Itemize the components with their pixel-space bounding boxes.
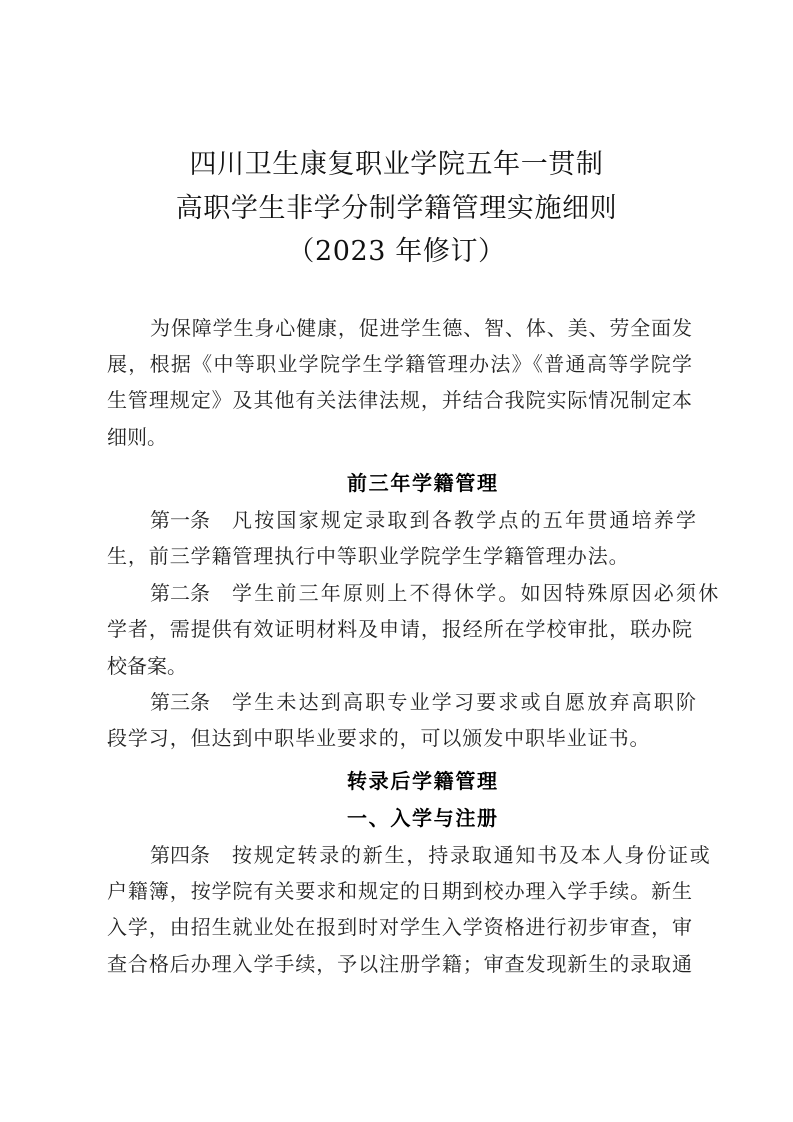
section-heading: 转录后学籍管理 <box>347 769 497 793</box>
document-title-line-3: （2023 年修订） <box>0 237 793 267</box>
document-page: 四川卫生康复职业学院五年一贯制 高职学生非学分制学籍管理实施细则 （2023 年… <box>0 0 793 1122</box>
article-text: 学生未达到高职专业学习要求或自愿放弃高职阶 <box>232 690 698 714</box>
article-first-line: 第三条学生未达到高职专业学习要求或自愿放弃高职阶 <box>150 690 692 714</box>
section-subheading: 一、入学与注册 <box>347 806 497 830</box>
preamble-line: 细则。 <box>107 425 692 449</box>
article-line: 校备案。 <box>107 654 692 678</box>
preamble-line: 展，根据《中等职业学院学生学籍管理办法》《普通高等学院学 <box>107 352 692 376</box>
article-line: 入学，由招生就业处在报到时对学生入学资格进行初步审查，审 <box>107 915 692 939</box>
preamble-line: 生管理规定》及其他有关法律法规，并结合我院实际情况制定本 <box>107 388 692 412</box>
preamble-line: 为保障学生身心健康，促进学生德、智、体、美、劳全面发 <box>150 316 692 340</box>
article-line: 学者，需提供有效证明材料及申请，报经所在学校审批，联办院 <box>107 617 692 641</box>
article-line: 段学习，但达到中职毕业要求的，可以颁发中职毕业证书。 <box>107 726 692 750</box>
document-title-line-1: 四川卫生康复职业学院五年一贯制 <box>0 150 793 180</box>
article-number: 第三条 <box>150 690 210 714</box>
article-line: 查合格后办理入学手续，予以注册学籍；审查发现新生的录取通 <box>107 952 692 976</box>
article-first-line: 第一条凡按国家规定录取到各教学点的五年贯通培养学 <box>150 508 692 532</box>
article-line: 户籍簿，按学院有关要求和规定的日期到校办理入学手续。新生 <box>107 879 692 903</box>
article-text: 学生前三年原则上不得休学。如因特殊原因必须休 <box>232 581 720 605</box>
article-line: 生，前三学籍管理执行中等职业学院学生学籍管理办法。 <box>107 544 692 568</box>
article-number: 第二条 <box>150 581 210 605</box>
article-text: 凡按国家规定录取到各教学点的五年贯通培养学 <box>232 508 698 532</box>
article-text: 按规定转录的新生，持录取通知书及本人身份证或 <box>232 843 712 867</box>
article-number: 第一条 <box>150 508 210 532</box>
article-number: 第四条 <box>150 843 210 867</box>
document-title-line-2: 高职学生非学分制学籍管理实施细则 <box>0 194 793 224</box>
section-heading: 前三年学籍管理 <box>347 471 497 495</box>
article-first-line: 第四条按规定转录的新生，持录取通知书及本人身份证或 <box>150 843 692 867</box>
article-first-line: 第二条学生前三年原则上不得休学。如因特殊原因必须休 <box>150 581 692 605</box>
